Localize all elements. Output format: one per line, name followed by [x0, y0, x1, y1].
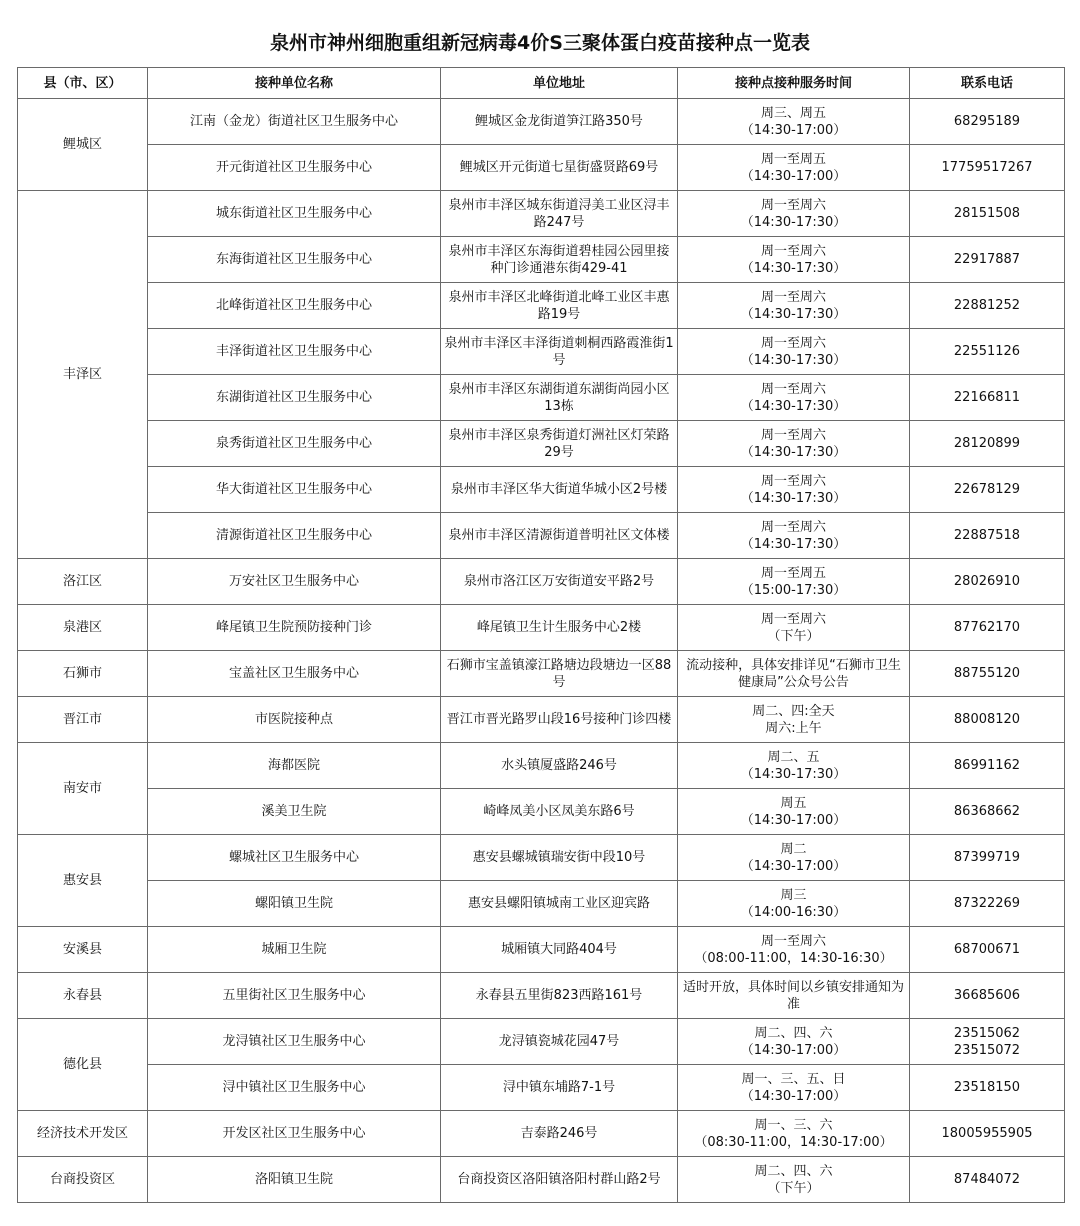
address-cell: 泉州市丰泽区泉秀街道灯洲社区灯荣路29号 — [441, 421, 678, 467]
service-time-line: 周一至周六 — [680, 519, 907, 536]
phone-cell: 23518150 — [910, 1065, 1065, 1111]
service-time-line: （14:30-17:00） — [680, 168, 907, 185]
table-row: 台商投资区洛阳镇卫生院台商投资区洛阳镇洛阳村群山路2号周二、四、六（下午）874… — [18, 1157, 1065, 1203]
service-time-cell: 周三（14:00-16:30） — [678, 881, 910, 927]
service-time-line: （14:30-17:30） — [680, 490, 907, 507]
phone-cell: 2351506223515072 — [910, 1019, 1065, 1065]
address-cell: 水头镇厦盛路246号 — [441, 743, 678, 789]
header-unit-name: 接种单位名称 — [148, 68, 441, 99]
service-time-cell: 周一至周六（08:00-11:00，14:30-16:30） — [678, 927, 910, 973]
table-body: 鲤城区江南（金龙）街道社区卫生服务中心鲤城区金龙街道笋江路350号周三、周五（1… — [18, 99, 1065, 1203]
service-time-line: 周一至周六 — [680, 243, 907, 260]
address-cell: 泉州市丰泽区华大街道华城小区2号楼 — [441, 467, 678, 513]
service-time-line: 周五 — [680, 795, 907, 812]
service-time-cell: 周一至周六（14:30-17:30） — [678, 283, 910, 329]
address-cell: 石狮市宝盖镇濠江路塘边段塘边一区88号 — [441, 651, 678, 697]
address-cell: 晋江市晋光路罗山段16号接种门诊四楼 — [441, 697, 678, 743]
phone-number: 23518150 — [912, 1079, 1062, 1096]
district-cell: 泉港区 — [18, 605, 148, 651]
unit-name-cell: 江南（金龙）街道社区卫生服务中心 — [148, 99, 441, 145]
address-cell: 泉州市丰泽区北峰街道北峰工业区丰惠路19号 — [441, 283, 678, 329]
service-time-line: 周二、四、六 — [680, 1163, 907, 1180]
unit-name-cell: 螺城社区卫生服务中心 — [148, 835, 441, 881]
table-row: 石狮市宝盖社区卫生服务中心石狮市宝盖镇濠江路塘边段塘边一区88号流动接种，具体安… — [18, 651, 1065, 697]
service-time-line: 周一至周六 — [680, 427, 907, 444]
service-time-line: （08:00-11:00，14:30-16:30） — [680, 950, 907, 967]
service-time-line: （14:30-17:00） — [680, 1088, 907, 1105]
service-time-line: （14:30-17:30） — [680, 444, 907, 461]
table-row: 浔中镇社区卫生服务中心浔中镇东埔路7-1号周一、三、五、日（14:30-17:0… — [18, 1065, 1065, 1111]
table-row: 溪美卫生院崎峰凤美小区凤美东路6号周五（14:30-17:00）86368662 — [18, 789, 1065, 835]
service-time-line: 周二、四、六 — [680, 1025, 907, 1042]
phone-number: 28120899 — [912, 435, 1062, 452]
unit-name-cell: 龙浔镇社区卫生服务中心 — [148, 1019, 441, 1065]
table-row: 清源街道社区卫生服务中心泉州市丰泽区清源街道普明社区文体楼周一至周六（14:30… — [18, 513, 1065, 559]
address-cell: 吉泰路246号 — [441, 1111, 678, 1157]
phone-number: 22881252 — [912, 297, 1062, 314]
table-row: 鲤城区江南（金龙）街道社区卫生服务中心鲤城区金龙街道笋江路350号周三、周五（1… — [18, 99, 1065, 145]
table-row: 洛江区万安社区卫生服务中心泉州市洛江区万安街道安平路2号周一至周五（15:00-… — [18, 559, 1065, 605]
unit-name-cell: 市医院接种点 — [148, 697, 441, 743]
service-time-line: 周三 — [680, 887, 907, 904]
service-time-line: 周一至周六 — [680, 933, 907, 950]
service-time-line: 周二、五 — [680, 749, 907, 766]
service-time-line: 周三、周五 — [680, 105, 907, 122]
service-time-line: 周一至周六 — [680, 335, 907, 352]
unit-name-cell: 城厢卫生院 — [148, 927, 441, 973]
phone-number: 22551126 — [912, 343, 1062, 360]
phone-cell: 28120899 — [910, 421, 1065, 467]
service-time-cell: 周一至周六（下午） — [678, 605, 910, 651]
table-row: 德化县龙浔镇社区卫生服务中心龙浔镇瓷城花园47号周二、四、六（14:30-17:… — [18, 1019, 1065, 1065]
service-time-line: （14:30-17:30） — [680, 398, 907, 415]
phone-cell: 87484072 — [910, 1157, 1065, 1203]
header-phone: 联系电话 — [910, 68, 1065, 99]
service-time-line: 适时开放，具体时间以乡镇安排通知为准 — [680, 979, 907, 1013]
unit-name-cell: 泉秀街道社区卫生服务中心 — [148, 421, 441, 467]
phone-cell: 68295189 — [910, 99, 1065, 145]
unit-name-cell: 清源街道社区卫生服务中心 — [148, 513, 441, 559]
table-row: 惠安县螺城社区卫生服务中心惠安县螺城镇瑞安街中段10号周二（14:30-17:0… — [18, 835, 1065, 881]
service-time-line: （14:30-17:00） — [680, 858, 907, 875]
phone-cell: 87762170 — [910, 605, 1065, 651]
table-row: 东湖街道社区卫生服务中心泉州市丰泽区东湖街道东湖街尚园小区13栋周一至周六（14… — [18, 375, 1065, 421]
service-time-cell: 周三、周五（14:30-17:00） — [678, 99, 910, 145]
address-cell: 泉州市丰泽区丰泽街道刺桐西路霞淮街1号 — [441, 329, 678, 375]
service-time-line: （08:30-11:00，14:30-17:00） — [680, 1134, 907, 1151]
phone-number: 88008120 — [912, 711, 1062, 728]
service-time-line: （14:30-17:30） — [680, 766, 907, 783]
service-time-cell: 周一、三、六（08:30-11:00，14:30-17:00） — [678, 1111, 910, 1157]
service-time-line: （14:30-17:30） — [680, 260, 907, 277]
service-time-line: （14:30-17:00） — [680, 122, 907, 139]
district-cell: 石狮市 — [18, 651, 148, 697]
service-time-cell: 流动接种，具体安排详见“石狮市卫生健康局”公众号公告 — [678, 651, 910, 697]
district-cell: 安溪县 — [18, 927, 148, 973]
phone-number: 22917887 — [912, 251, 1062, 268]
unit-name-cell: 丰泽街道社区卫生服务中心 — [148, 329, 441, 375]
phone-number: 22678129 — [912, 481, 1062, 498]
service-time-line: （14:00-16:30） — [680, 904, 907, 921]
phone-number: 23515072 — [912, 1042, 1062, 1059]
unit-name-cell: 东湖街道社区卫生服务中心 — [148, 375, 441, 421]
table-row: 丰泽区城东街道社区卫生服务中心泉州市丰泽区城东街道浔美工业区浔丰路247号周一至… — [18, 191, 1065, 237]
phone-cell: 86991162 — [910, 743, 1065, 789]
service-time-line: （14:30-17:30） — [680, 306, 907, 323]
phone-number: 28151508 — [912, 205, 1062, 222]
table-row: 北峰街道社区卫生服务中心泉州市丰泽区北峰街道北峰工业区丰惠路19号周一至周六（1… — [18, 283, 1065, 329]
service-time-cell: 周一至周六（14:30-17:30） — [678, 467, 910, 513]
service-time-line: 周一至周六 — [680, 197, 907, 214]
district-cell: 永春县 — [18, 973, 148, 1019]
service-time-cell: 周一至周五（14:30-17:00） — [678, 145, 910, 191]
service-time-line: 周一至周六 — [680, 289, 907, 306]
table-row: 经济技术开发区开发区社区卫生服务中心吉泰路246号周一、三、六（08:30-11… — [18, 1111, 1065, 1157]
phone-number: 17759517267 — [912, 159, 1062, 176]
phone-cell: 22917887 — [910, 237, 1065, 283]
unit-name-cell: 万安社区卫生服务中心 — [148, 559, 441, 605]
district-cell: 德化县 — [18, 1019, 148, 1111]
unit-name-cell: 东海街道社区卫生服务中心 — [148, 237, 441, 283]
phone-cell: 22881252 — [910, 283, 1065, 329]
phone-number: 22887518 — [912, 527, 1062, 544]
unit-name-cell: 溪美卫生院 — [148, 789, 441, 835]
unit-name-cell: 北峰街道社区卫生服务中心 — [148, 283, 441, 329]
address-cell: 泉州市洛江区万安街道安平路2号 — [441, 559, 678, 605]
table-row: 东海街道社区卫生服务中心泉州市丰泽区东海街道碧桂园公园里接种门诊通港东街429-… — [18, 237, 1065, 283]
address-cell: 峰尾镇卫生计生服务中心2楼 — [441, 605, 678, 651]
phone-cell: 18005955905 — [910, 1111, 1065, 1157]
phone-cell: 28151508 — [910, 191, 1065, 237]
address-cell: 泉州市丰泽区东海街道碧桂园公园里接种门诊通港东街429-41 — [441, 237, 678, 283]
table-header-row: 县（市、区） 接种单位名称 单位地址 接种点接种服务时间 联系电话 — [18, 68, 1065, 99]
service-time-line: 周一、三、五、日 — [680, 1071, 907, 1088]
unit-name-cell: 海都医院 — [148, 743, 441, 789]
address-cell: 龙浔镇瓷城花园47号 — [441, 1019, 678, 1065]
district-cell: 台商投资区 — [18, 1157, 148, 1203]
phone-number: 87399719 — [912, 849, 1062, 866]
address-cell: 泉州市丰泽区清源街道普明社区文体楼 — [441, 513, 678, 559]
phone-cell: 86368662 — [910, 789, 1065, 835]
address-cell: 浔中镇东埔路7-1号 — [441, 1065, 678, 1111]
service-time-cell: 周一至周六（14:30-17:30） — [678, 421, 910, 467]
address-cell: 泉州市丰泽区东湖街道东湖街尚园小区13栋 — [441, 375, 678, 421]
header-address: 单位地址 — [441, 68, 678, 99]
service-time-line: （14:30-17:00） — [680, 1042, 907, 1059]
phone-number: 28026910 — [912, 573, 1062, 590]
phone-number: 86368662 — [912, 803, 1062, 820]
phone-number: 88755120 — [912, 665, 1062, 682]
header-district: 县（市、区） — [18, 68, 148, 99]
service-time-line: 周一至周五 — [680, 565, 907, 582]
district-cell: 晋江市 — [18, 697, 148, 743]
phone-cell: 88755120 — [910, 651, 1065, 697]
service-time-cell: 周二、四:全天周六:上午 — [678, 697, 910, 743]
service-time-line: （14:30-17:00） — [680, 812, 907, 829]
service-time-cell: 周一至周六（14:30-17:30） — [678, 375, 910, 421]
phone-cell: 68700671 — [910, 927, 1065, 973]
phone-number: 87322269 — [912, 895, 1062, 912]
service-time-cell: 周一至周六（14:30-17:30） — [678, 237, 910, 283]
address-cell: 台商投资区洛阳镇洛阳村群山路2号 — [441, 1157, 678, 1203]
unit-name-cell: 开发区社区卫生服务中心 — [148, 1111, 441, 1157]
unit-name-cell: 开元街道社区卫生服务中心 — [148, 145, 441, 191]
service-time-cell: 周一、三、五、日（14:30-17:00） — [678, 1065, 910, 1111]
service-time-line: （15:00-17:30） — [680, 582, 907, 599]
service-time-cell: 周二（14:30-17:00） — [678, 835, 910, 881]
phone-cell: 22678129 — [910, 467, 1065, 513]
phone-cell: 22166811 — [910, 375, 1065, 421]
address-cell: 鲤城区开元街道七星街盛贤路69号 — [441, 145, 678, 191]
table-row: 螺阳镇卫生院惠安县螺阳镇城南工业区迎宾路周三（14:00-16:30）87322… — [18, 881, 1065, 927]
service-time-line: （14:30-17:30） — [680, 536, 907, 553]
service-time-line: 周一、三、六 — [680, 1117, 907, 1134]
unit-name-cell: 洛阳镇卫生院 — [148, 1157, 441, 1203]
district-cell: 鲤城区 — [18, 99, 148, 191]
service-time-line: 周二、四:全天 — [680, 703, 907, 720]
phone-cell: 28026910 — [910, 559, 1065, 605]
service-time-line: （下午） — [680, 628, 907, 645]
table-row: 晋江市市医院接种点晋江市晋光路罗山段16号接种门诊四楼周二、四:全天周六:上午8… — [18, 697, 1065, 743]
district-cell: 惠安县 — [18, 835, 148, 927]
service-time-cell: 周五（14:30-17:00） — [678, 789, 910, 835]
table-row: 泉港区峰尾镇卫生院预防接种门诊峰尾镇卫生计生服务中心2楼周一至周六（下午）877… — [18, 605, 1065, 651]
service-time-line: （14:30-17:30） — [680, 214, 907, 231]
unit-name-cell: 五里街社区卫生服务中心 — [148, 973, 441, 1019]
phone-number: 22166811 — [912, 389, 1062, 406]
district-cell: 南安市 — [18, 743, 148, 835]
service-time-line: 周六:上午 — [680, 720, 907, 737]
service-time-line: 周一至周六 — [680, 611, 907, 628]
address-cell: 崎峰凤美小区凤美东路6号 — [441, 789, 678, 835]
service-time-cell: 周一至周五（15:00-17:30） — [678, 559, 910, 605]
table-row: 泉秀街道社区卫生服务中心泉州市丰泽区泉秀街道灯洲社区灯荣路29号周一至周六（14… — [18, 421, 1065, 467]
phone-number: 23515062 — [912, 1025, 1062, 1042]
service-time-line: （下午） — [680, 1180, 907, 1197]
phone-number: 36685606 — [912, 987, 1062, 1004]
district-cell: 经济技术开发区 — [18, 1111, 148, 1157]
service-time-line: 周二 — [680, 841, 907, 858]
district-cell: 丰泽区 — [18, 191, 148, 559]
phone-cell: 17759517267 — [910, 145, 1065, 191]
phone-cell: 88008120 — [910, 697, 1065, 743]
page-title: 泉州市神州细胞重组新冠病毒4价S三聚体蛋白疫苗接种点一览表 — [0, 28, 1080, 55]
unit-name-cell: 浔中镇社区卫生服务中心 — [148, 1065, 441, 1111]
phone-number: 87762170 — [912, 619, 1062, 636]
unit-name-cell: 城东街道社区卫生服务中心 — [148, 191, 441, 237]
address-cell: 惠安县螺阳镇城南工业区迎宾路 — [441, 881, 678, 927]
unit-name-cell: 螺阳镇卫生院 — [148, 881, 441, 927]
service-time-line: 周一至周六 — [680, 473, 907, 490]
phone-number: 87484072 — [912, 1171, 1062, 1188]
table-row: 开元街道社区卫生服务中心鲤城区开元街道七星街盛贤路69号周一至周五（14:30-… — [18, 145, 1065, 191]
service-time-cell: 周一至周六（14:30-17:30） — [678, 191, 910, 237]
table-row: 永春县五里街社区卫生服务中心永春县五里街823西路161号适时开放，具体时间以乡… — [18, 973, 1065, 1019]
service-time-line: 周一至周六 — [680, 381, 907, 398]
service-time-line: 周一至周五 — [680, 151, 907, 168]
phone-number: 68700671 — [912, 941, 1062, 958]
phone-number: 18005955905 — [912, 1125, 1062, 1142]
service-time-cell: 适时开放，具体时间以乡镇安排通知为准 — [678, 973, 910, 1019]
table-row: 南安市海都医院水头镇厦盛路246号周二、五（14:30-17:30）869911… — [18, 743, 1065, 789]
phone-cell: 36685606 — [910, 973, 1065, 1019]
phone-number: 68295189 — [912, 113, 1062, 130]
address-cell: 永春县五里街823西路161号 — [441, 973, 678, 1019]
service-time-cell: 周一至周六（14:30-17:30） — [678, 329, 910, 375]
header-service-time: 接种点接种服务时间 — [678, 68, 910, 99]
phone-cell: 87322269 — [910, 881, 1065, 927]
service-time-cell: 周二、五（14:30-17:30） — [678, 743, 910, 789]
table-row: 丰泽街道社区卫生服务中心泉州市丰泽区丰泽街道刺桐西路霞淮街1号周一至周六（14:… — [18, 329, 1065, 375]
unit-name-cell: 华大街道社区卫生服务中心 — [148, 467, 441, 513]
phone-cell: 87399719 — [910, 835, 1065, 881]
service-time-cell: 周二、四、六（下午） — [678, 1157, 910, 1203]
vaccination-sites-table: 县（市、区） 接种单位名称 单位地址 接种点接种服务时间 联系电话 鲤城区江南（… — [17, 67, 1065, 1203]
address-cell: 鲤城区金龙街道笋江路350号 — [441, 99, 678, 145]
phone-cell: 22551126 — [910, 329, 1065, 375]
service-time-line: 流动接种，具体安排详见“石狮市卫生健康局”公众号公告 — [680, 657, 907, 691]
address-cell: 城厢镇大同路404号 — [441, 927, 678, 973]
address-cell: 泉州市丰泽区城东街道浔美工业区浔丰路247号 — [441, 191, 678, 237]
service-time-line: （14:30-17:30） — [680, 352, 907, 369]
address-cell: 惠安县螺城镇瑞安街中段10号 — [441, 835, 678, 881]
unit-name-cell: 峰尾镇卫生院预防接种门诊 — [148, 605, 441, 651]
table-row: 安溪县城厢卫生院城厢镇大同路404号周一至周六（08:00-11:00，14:3… — [18, 927, 1065, 973]
table-row: 华大街道社区卫生服务中心泉州市丰泽区华大街道华城小区2号楼周一至周六（14:30… — [18, 467, 1065, 513]
service-time-cell: 周二、四、六（14:30-17:00） — [678, 1019, 910, 1065]
district-cell: 洛江区 — [18, 559, 148, 605]
phone-number: 86991162 — [912, 757, 1062, 774]
phone-cell: 22887518 — [910, 513, 1065, 559]
service-time-cell: 周一至周六（14:30-17:30） — [678, 513, 910, 559]
unit-name-cell: 宝盖社区卫生服务中心 — [148, 651, 441, 697]
